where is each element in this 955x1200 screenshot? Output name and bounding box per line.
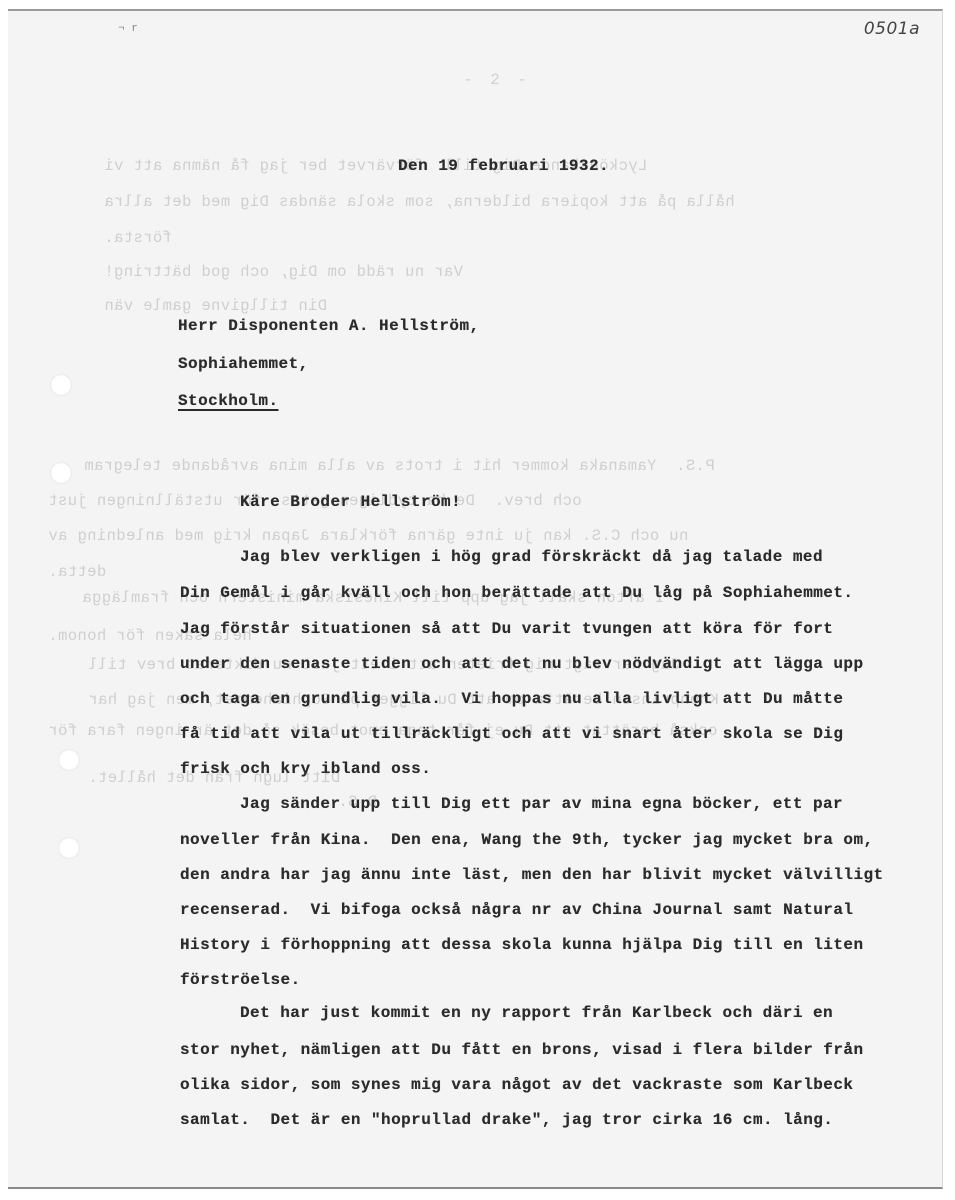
body-line: förströelse. — [180, 971, 301, 989]
body-line: och taga en grundlig vila. Vi hoppas nu … — [180, 690, 843, 708]
body-line: under den senaste tiden och att det nu b… — [180, 655, 864, 673]
body-line: få tid att vila ut tillräckligt och att … — [180, 725, 843, 743]
corner-mark: ¬ r — [118, 23, 138, 35]
bleed-through-line: hålla på att kopiera bilderna, som skola… — [104, 193, 864, 211]
letter-date: Den 19 februari 1932. — [398, 157, 609, 175]
body-line: den andra har jag ännu inte läst, men de… — [180, 866, 884, 884]
punch-hole — [50, 374, 72, 396]
body-line: Det har just kommit en ny rapport från K… — [240, 1004, 833, 1022]
bleed-page-marker: - 2 - — [463, 71, 531, 89]
punch-hole — [58, 749, 80, 771]
recipient-institution: Sophiahemmet, — [178, 355, 309, 373]
bleed-through-line: Din tillgivne gamle vän — [104, 297, 664, 315]
body-line: Jag förstår situationen så att Du varit … — [180, 620, 833, 638]
recipient-name: Herr Disponenten A. Hellström, — [178, 317, 480, 335]
body-line: Din Gemål i går kväll och hon berättade … — [180, 584, 853, 602]
punch-hole — [50, 462, 72, 484]
bleed-through-line: P.S. Yamanaka kommer hit i trots av alla… — [84, 457, 864, 475]
recipient-city: Stockholm. — [178, 392, 279, 410]
body-line: stor nyhet, nämligen att Du fått en bron… — [180, 1041, 864, 1059]
body-line: frisk och kry ibland oss. — [180, 760, 431, 778]
bleed-through-line: nu och C.S. kan ju inte gärna förklara J… — [48, 527, 864, 545]
body-line: History i förhoppning att dessa skola ku… — [180, 936, 864, 954]
body-line: samlat. Det är en "hoprullad drake", jag… — [180, 1111, 833, 1129]
bleed-through-line: första. — [104, 229, 864, 247]
body-line: olika sidor, som synes mig vara något av… — [180, 1076, 853, 1094]
body-line: Jag sänder upp till Dig ett par av mina … — [240, 795, 843, 813]
salutation: Käre Broder Hellström! — [240, 493, 461, 511]
letter-page: ¬ r 0501a - 2 - Lyckönskande Dig till fö… — [8, 9, 943, 1189]
bleed-through-line: Var nu rädd om Dig, och god bättring! — [104, 263, 724, 281]
body-line: recenserad. Vi bifoga också några nr av … — [180, 901, 853, 919]
archive-number: 0501a — [864, 19, 920, 39]
punch-hole — [58, 837, 80, 859]
body-line: noveller från Kina. Den ena, Wang the 9t… — [180, 831, 874, 849]
body-line: Jag blev verkligen i hög grad förskräckt… — [240, 548, 823, 566]
